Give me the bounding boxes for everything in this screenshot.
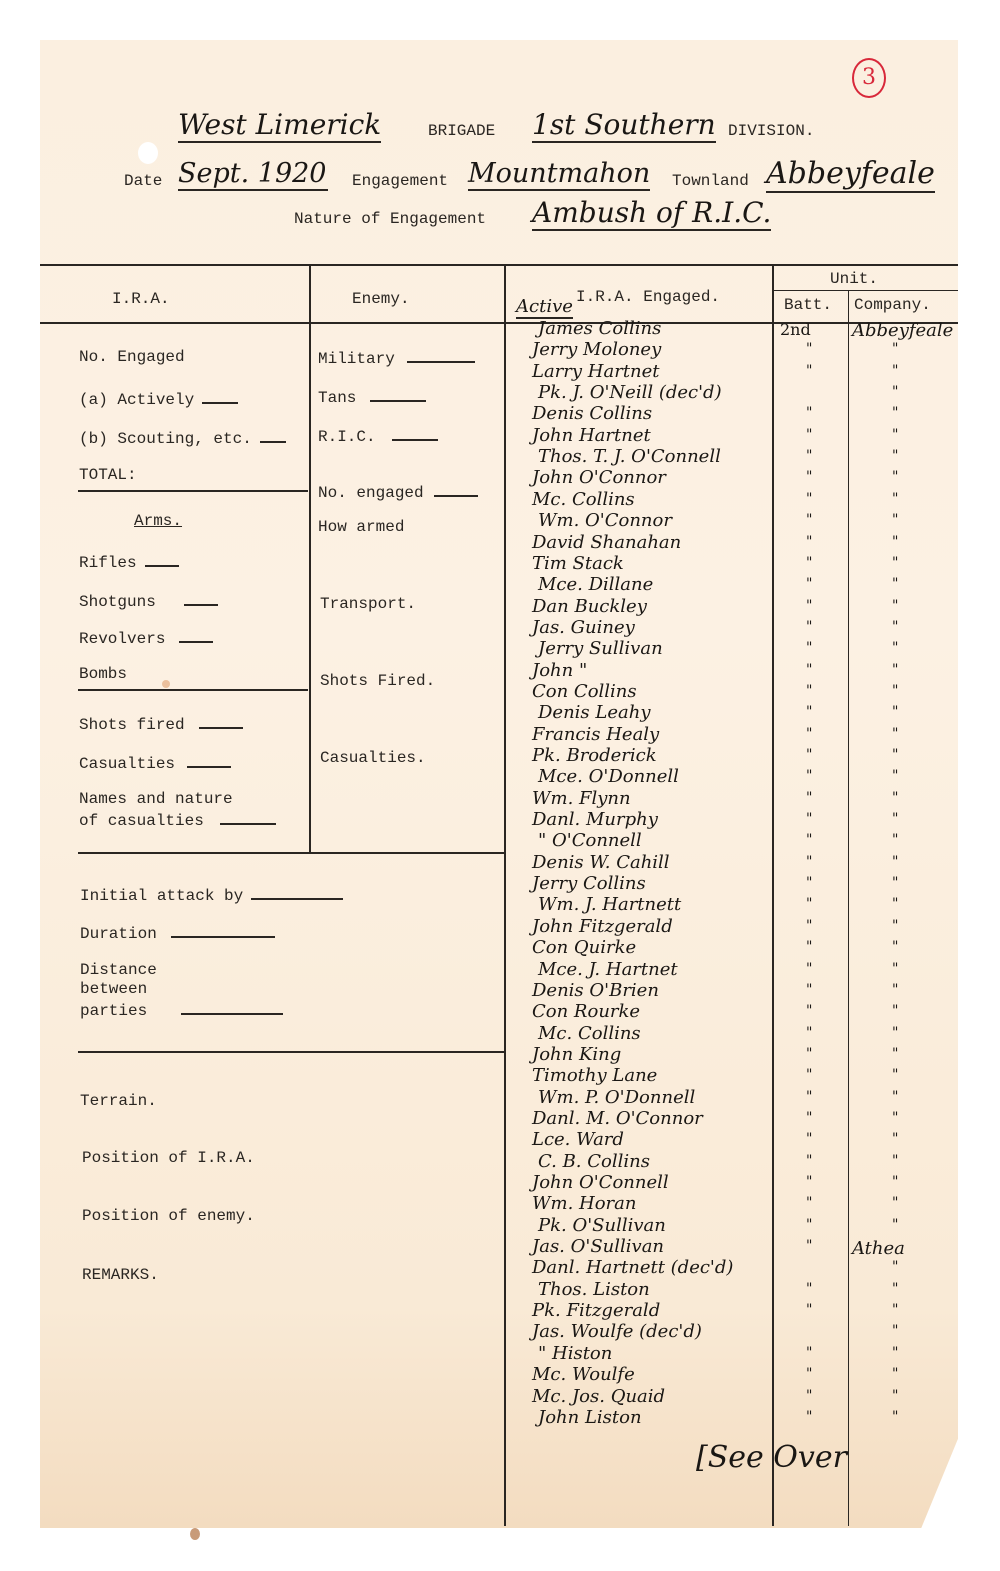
nature-label: Nature of Engagement bbox=[294, 210, 486, 228]
batt-value: " bbox=[806, 1345, 812, 1361]
batt-value: " bbox=[806, 405, 812, 421]
batt-value: " bbox=[806, 640, 812, 656]
engaged-name: Jas. Woulfe (dec'd) bbox=[532, 1321, 702, 1342]
company-value: " bbox=[892, 1195, 898, 1211]
company-value: " bbox=[892, 961, 898, 977]
ira-casualties-blank bbox=[187, 752, 231, 768]
batt-value: " bbox=[806, 726, 812, 742]
engaged-name: Pk. Fitzgerald bbox=[532, 1300, 660, 1321]
company-value: " bbox=[892, 384, 898, 400]
company-value: " bbox=[892, 405, 898, 421]
ira-shots-fired-blank bbox=[199, 713, 243, 729]
table-top-rule bbox=[40, 264, 958, 266]
ira-total-label: TOTAL: bbox=[79, 466, 137, 484]
batt-value: " bbox=[806, 1003, 812, 1019]
ira-revolvers-field: Revolvers bbox=[79, 627, 213, 648]
ira-arms-rule bbox=[78, 689, 308, 691]
engaged-name: Danl. Murphy bbox=[532, 809, 658, 830]
engaged-name: John Fitzgerald bbox=[532, 916, 673, 937]
company-value: " bbox=[892, 640, 898, 656]
enemy-no-engaged-field: No. engaged bbox=[318, 481, 478, 502]
engaged-name: " Histon bbox=[538, 1343, 612, 1364]
batt-value: " bbox=[806, 982, 812, 998]
ira-casualties-label: Casualties bbox=[79, 755, 175, 773]
company-value: " bbox=[892, 1131, 898, 1147]
ira-scouting-field: (b) Scouting, etc. bbox=[79, 427, 286, 448]
company-value: " bbox=[892, 1003, 898, 1019]
duration-field: Duration bbox=[80, 922, 275, 943]
batt-value: " bbox=[806, 683, 812, 699]
engaged-name: Con Rourke bbox=[532, 1001, 640, 1022]
batt-value: " bbox=[806, 427, 812, 443]
page-number-circled: 3 bbox=[852, 58, 886, 98]
ira-names-casualties-label-1: Names and nature bbox=[79, 790, 233, 808]
company-value: " bbox=[892, 448, 898, 464]
col-divider-ira-enemy bbox=[309, 264, 311, 852]
company-value: " bbox=[892, 768, 898, 784]
batt-value: " bbox=[806, 939, 812, 955]
company-value: " bbox=[892, 918, 898, 934]
enemy-ric-label: R.I.C. bbox=[318, 428, 376, 446]
ira-shotguns-label: Shotguns bbox=[79, 593, 156, 611]
company-value: " bbox=[892, 1409, 898, 1425]
company-value: " bbox=[892, 1366, 898, 1382]
company-value: " bbox=[892, 1281, 898, 1297]
engaged-name: Con Quirke bbox=[532, 937, 636, 958]
engaged-name: Jas. O'Sullivan bbox=[532, 1236, 664, 1257]
enemy-military-field: Military bbox=[318, 347, 475, 368]
company-value: " bbox=[892, 1153, 898, 1169]
townland-label: Townland bbox=[672, 172, 749, 190]
engaged-name: Danl. M. O'Connor bbox=[532, 1108, 703, 1129]
distance-label-3: parties bbox=[80, 1002, 147, 1020]
engaged-name: Wm. Horan bbox=[532, 1193, 636, 1214]
company-value: " bbox=[892, 726, 898, 742]
engaged-name: John King bbox=[532, 1044, 621, 1065]
engaged-name: Wm. P. O'Donnell bbox=[538, 1087, 695, 1108]
enemy-military-blank bbox=[407, 347, 475, 363]
enemy-military-label: Military bbox=[318, 350, 395, 368]
enemy-how-armed-label: How armed bbox=[318, 518, 404, 536]
company-value: " bbox=[892, 1025, 898, 1041]
batt-value: " bbox=[806, 704, 812, 720]
company-value: " bbox=[892, 704, 898, 720]
engaged-name: John " bbox=[532, 660, 587, 681]
company-value: " bbox=[892, 811, 898, 827]
engaged-note-active: Active bbox=[516, 296, 573, 319]
brigade-label: BRIGADE bbox=[428, 122, 495, 140]
batt-value: " bbox=[806, 598, 812, 614]
batt-value: " bbox=[806, 469, 812, 485]
engaged-name: John Liston bbox=[538, 1407, 642, 1428]
company-value: " bbox=[892, 854, 898, 870]
division-value: 1st Southern bbox=[532, 108, 716, 143]
enemy-no-engaged-label: No. engaged bbox=[318, 484, 424, 502]
company-value: Abbeyfeale bbox=[852, 320, 953, 341]
date-label: Date bbox=[124, 172, 162, 190]
enemy-casualties-label: Casualties. bbox=[320, 749, 426, 767]
company-value: " bbox=[892, 747, 898, 763]
batt-value: " bbox=[806, 1195, 812, 1211]
batt-value: " bbox=[806, 341, 812, 357]
see-over-note: [See Over bbox=[696, 1440, 847, 1475]
company-value: " bbox=[892, 1089, 898, 1105]
ira-total-rule bbox=[78, 490, 308, 492]
batt-value: " bbox=[806, 1281, 812, 1297]
ira-no-engaged-label: No. Engaged bbox=[79, 348, 185, 366]
position-enemy-label: Position of enemy. bbox=[82, 1207, 255, 1225]
punch-hole bbox=[138, 142, 158, 164]
engaged-name: Con Collins bbox=[532, 681, 637, 702]
engaged-name: " O'Connell bbox=[538, 830, 642, 851]
enemy-transport-label: Transport. bbox=[320, 595, 416, 613]
ira-rifles-field: Rifles bbox=[79, 551, 179, 572]
ira-scouting-blank bbox=[260, 427, 286, 443]
batt-value: " bbox=[806, 1046, 812, 1062]
company-value: " bbox=[892, 619, 898, 635]
engaged-name: Mc. Collins bbox=[532, 489, 635, 510]
batt-value: " bbox=[806, 811, 812, 827]
company-value: " bbox=[892, 576, 898, 592]
engaged-name: C. B. Collins bbox=[538, 1151, 650, 1172]
engaged-name: Larry Hartnet bbox=[532, 361, 660, 382]
ira-rifles-blank bbox=[145, 551, 179, 567]
remarks-label: REMARKS. bbox=[82, 1266, 159, 1284]
engaged-name: Wm. J. Hartnett bbox=[538, 894, 681, 915]
company-value: " bbox=[892, 469, 898, 485]
batt-value: " bbox=[806, 491, 812, 507]
engaged-name: Denis O'Brien bbox=[532, 980, 659, 1001]
company-value: " bbox=[892, 1345, 898, 1361]
distance-label-2: between bbox=[80, 980, 147, 998]
duration-blank bbox=[171, 922, 275, 938]
company-value: " bbox=[892, 1388, 898, 1404]
distance-blank bbox=[181, 999, 283, 1015]
engaged-name: Jerry Moloney bbox=[532, 339, 661, 360]
company-value: " bbox=[892, 555, 898, 571]
date-value: Sept. 1920 bbox=[178, 158, 328, 191]
engaged-name: Dan Buckley bbox=[532, 596, 647, 617]
engaged-name: Timothy Lane bbox=[532, 1065, 657, 1086]
engaged-name: Wm. Flynn bbox=[532, 788, 631, 809]
company-value: " bbox=[892, 1217, 898, 1233]
ira-shots-fired-label: Shots fired bbox=[79, 716, 185, 734]
ira-revolvers-label: Revolvers bbox=[79, 630, 165, 648]
company-value: " bbox=[892, 790, 898, 806]
distance-label-1: Distance bbox=[80, 961, 157, 979]
batt-value: " bbox=[806, 1131, 812, 1147]
engaged-name: Denis Collins bbox=[532, 403, 652, 424]
enemy-tans-field: Tans bbox=[318, 386, 426, 407]
company-value: Athea bbox=[852, 1238, 905, 1259]
col-header-company: Company. bbox=[854, 296, 931, 314]
engaged-name: John O'Connor bbox=[532, 467, 666, 488]
company-value: " bbox=[892, 1174, 898, 1190]
col-header-enemy: Enemy. bbox=[352, 290, 410, 308]
townland-value: Abbeyfeale bbox=[766, 156, 935, 193]
engaged-name: Danl. Hartnett (dec'd) bbox=[532, 1257, 733, 1278]
batt-value: " bbox=[806, 790, 812, 806]
ira-shotguns-field: Shotguns bbox=[79, 590, 218, 611]
batt-value: " bbox=[806, 576, 812, 592]
ira-shotguns-blank bbox=[184, 590, 218, 606]
batt-value: " bbox=[806, 1067, 812, 1083]
batt-value: " bbox=[806, 662, 812, 678]
col-header-ira: I.R.A. bbox=[112, 290, 170, 308]
nature-value: Ambush of R.I.C. bbox=[532, 196, 771, 231]
company-value: " bbox=[892, 363, 898, 379]
batt-value: " bbox=[806, 1110, 812, 1126]
company-value: " bbox=[892, 1046, 898, 1062]
batt-value: " bbox=[806, 1089, 812, 1105]
ira-names-casualties-label-2: of casualties bbox=[79, 812, 204, 830]
batt-value: " bbox=[806, 918, 812, 934]
ira-actively-label: (a) Actively bbox=[79, 391, 194, 409]
batt-value: " bbox=[806, 1388, 812, 1404]
enemy-no-engaged-blank bbox=[434, 481, 478, 497]
company-value: " bbox=[892, 939, 898, 955]
batt-value: " bbox=[806, 768, 812, 784]
batt-value: " bbox=[806, 832, 812, 848]
table-header-rule bbox=[40, 322, 958, 324]
batt-value: " bbox=[806, 1238, 812, 1254]
engaged-name: Denis Leahy bbox=[538, 702, 651, 723]
batt-value: " bbox=[806, 1217, 812, 1233]
unit-subheader-rule bbox=[772, 290, 958, 291]
engaged-name: Mce. O'Donnell bbox=[538, 766, 679, 787]
company-value: " bbox=[892, 1302, 898, 1318]
engaged-name: John Hartnet bbox=[532, 425, 651, 446]
engaged-name: John O'Connell bbox=[532, 1172, 669, 1193]
company-value: " bbox=[892, 1110, 898, 1126]
batt-value: " bbox=[806, 854, 812, 870]
company-value: " bbox=[892, 341, 898, 357]
engaged-name: Thos. T. J. O'Connell bbox=[538, 446, 721, 467]
engaged-name: Jas. Guiney bbox=[532, 617, 635, 638]
engaged-name: Denis W. Cahill bbox=[532, 852, 670, 873]
engaged-name: Mce. J. Hartnet bbox=[538, 959, 678, 980]
initial-attack-label: Initial attack by bbox=[80, 887, 243, 905]
engaged-name: Pk. J. O'Neill (dec'd) bbox=[538, 382, 722, 403]
batt-value: " bbox=[806, 1153, 812, 1169]
enemy-tans-blank bbox=[370, 386, 426, 402]
ira-scouting-label: (b) Scouting, etc. bbox=[79, 430, 252, 448]
company-value: " bbox=[892, 1323, 898, 1339]
company-value: " bbox=[892, 875, 898, 891]
brigade-value: West Limerick bbox=[178, 108, 381, 143]
company-value: " bbox=[892, 598, 898, 614]
division-label: DIVISION. bbox=[728, 122, 814, 140]
batt-value: " bbox=[806, 512, 812, 528]
initial-attack-field: Initial attack by bbox=[80, 884, 343, 905]
engaged-name: Mc. Woulfe bbox=[532, 1364, 635, 1385]
ira-bombs-label: Bombs bbox=[79, 665, 127, 683]
col-header-batt: Batt. bbox=[784, 296, 832, 314]
ira-arms-heading: Arms. bbox=[134, 512, 182, 530]
engaged-name: Mc. Collins bbox=[538, 1023, 641, 1044]
ira-actively-blank bbox=[202, 388, 238, 404]
batt-value: " bbox=[806, 1025, 812, 1041]
col-divider-enemy-engaged bbox=[504, 264, 506, 1526]
batt-value: 2nd bbox=[780, 320, 811, 339]
col-header-unit: Unit. bbox=[830, 270, 878, 288]
terrain-label: Terrain. bbox=[80, 1092, 157, 1110]
ira-names-casualties-blank bbox=[220, 809, 276, 825]
batt-value: " bbox=[806, 875, 812, 891]
batt-value: " bbox=[806, 747, 812, 763]
enemy-ric-blank bbox=[392, 425, 438, 441]
engaged-name: David Shanahan bbox=[532, 532, 681, 553]
engaged-name: Mc. Jos. Quaid bbox=[532, 1386, 665, 1407]
paper-stain-bottom bbox=[190, 1528, 200, 1540]
company-value: " bbox=[892, 683, 898, 699]
company-value: " bbox=[892, 491, 898, 507]
enemy-ric-field: R.I.C. bbox=[318, 425, 438, 446]
enemy-tans-label: Tans bbox=[318, 389, 356, 407]
col-header-engaged: I.R.A. Engaged. bbox=[576, 288, 720, 306]
initial-attack-blank bbox=[251, 884, 343, 900]
engaged-name: James Collins bbox=[538, 318, 661, 339]
col-divider-batt-company bbox=[848, 290, 849, 1526]
enemy-shots-fired-label: Shots Fired. bbox=[320, 672, 435, 690]
engagement-value: Mountmahon bbox=[468, 158, 650, 191]
batt-value: " bbox=[806, 961, 812, 977]
batt-value: " bbox=[806, 448, 812, 464]
company-value: " bbox=[892, 427, 898, 443]
company-value: " bbox=[892, 512, 898, 528]
batt-value: " bbox=[806, 1174, 812, 1190]
engaged-name: Wm. O'Connor bbox=[538, 510, 672, 531]
engaged-name: Mce. Dillane bbox=[538, 574, 653, 595]
ira-revolvers-blank bbox=[179, 627, 213, 643]
ira-casualties-field: Casualties bbox=[79, 752, 231, 773]
company-value: " bbox=[892, 896, 898, 912]
batt-value: " bbox=[806, 555, 812, 571]
section-rule-1 bbox=[78, 852, 504, 854]
engagement-label: Engagement bbox=[352, 172, 448, 190]
engaged-name: Lce. Ward bbox=[532, 1129, 624, 1150]
batt-value: " bbox=[806, 1409, 812, 1425]
engaged-name: Jerry Collins bbox=[532, 873, 646, 894]
col-divider-engaged-batt bbox=[772, 264, 774, 1526]
distance-field: parties bbox=[80, 999, 283, 1020]
batt-value: " bbox=[806, 619, 812, 635]
ira-rifles-label: Rifles bbox=[79, 554, 137, 572]
paper-stain bbox=[162, 680, 170, 688]
duration-label: Duration bbox=[80, 925, 157, 943]
company-value: " bbox=[892, 662, 898, 678]
batt-value: " bbox=[806, 1366, 812, 1382]
position-ira-label: Position of I.R.A. bbox=[82, 1149, 255, 1167]
batt-value: " bbox=[806, 1302, 812, 1318]
engaged-name: Francis Healy bbox=[532, 724, 659, 745]
company-value: " bbox=[892, 1259, 898, 1275]
engaged-name: Tim Stack bbox=[532, 553, 624, 574]
company-value: " bbox=[892, 982, 898, 998]
engaged-name: Jerry Sullivan bbox=[538, 638, 663, 659]
engaged-name: Pk. O'Sullivan bbox=[538, 1215, 666, 1236]
company-value: " bbox=[892, 1067, 898, 1083]
company-value: " bbox=[892, 534, 898, 550]
engaged-name: Pk. Broderick bbox=[532, 745, 657, 766]
ira-names-casualties-field: of casualties bbox=[79, 809, 276, 830]
section-rule-2 bbox=[78, 1051, 504, 1053]
batt-value: " bbox=[806, 896, 812, 912]
engaged-name: Thos. Liston bbox=[538, 1279, 650, 1300]
batt-value: " bbox=[806, 534, 812, 550]
ira-shots-fired-field: Shots fired bbox=[79, 713, 243, 734]
batt-value: " bbox=[806, 363, 812, 379]
company-value: " bbox=[892, 832, 898, 848]
ira-actively-field: (a) Actively bbox=[79, 388, 238, 409]
